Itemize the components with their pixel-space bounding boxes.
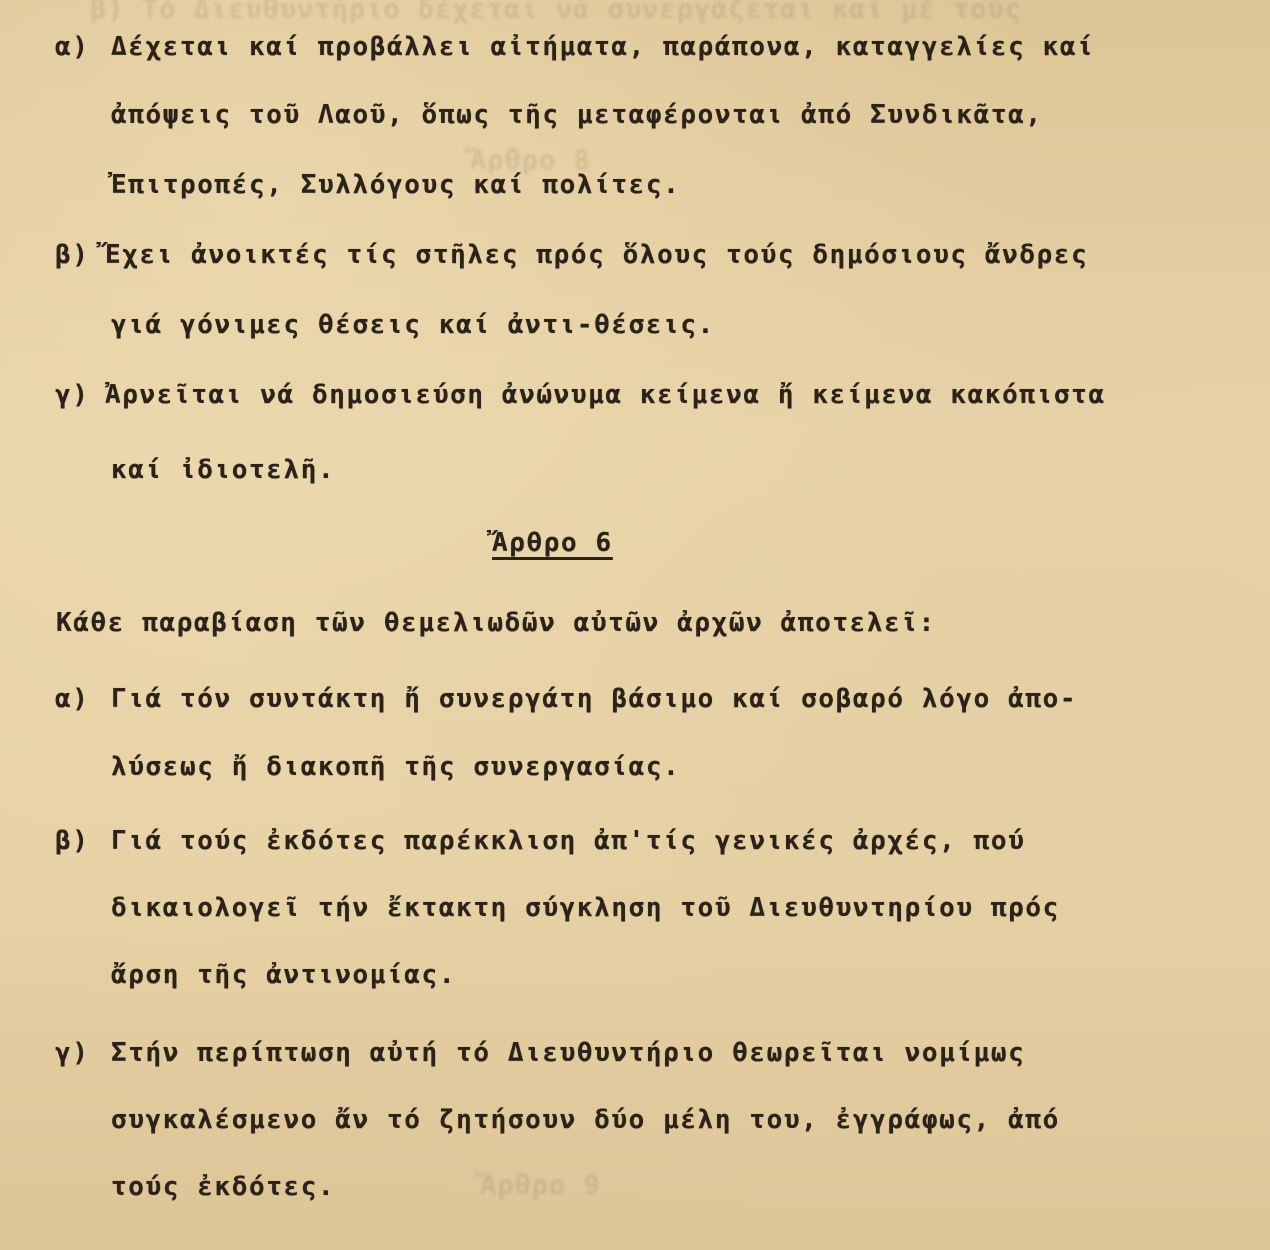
article-item-b-line-3: ἄρση τῆς ἀντινομίας. [111,960,456,990]
article-item-b-line-1: β)Γιά τούς ἐκδότες παρέκκλιση ἀπ'τίς γεν… [55,826,1025,856]
list-item-c-line-1: γ)Ἀρνεῖται νά δημοσιεύση ἀνώνυμα κείμενα… [55,380,1106,410]
item-text: Δέχεται καί προβάλλει αἰτήματα, παράπονα… [111,32,1094,62]
item-label: γ) [55,380,105,410]
document-page: β) Τό Διευθυντήριο δέχεται νά συνεργάζετ… [0,0,1270,1250]
article-item-c-line-1: γ)Στήν περίπτωση αὐτή τό Διευθυντήριο θε… [55,1038,1025,1068]
item-label: α) [55,684,111,714]
list-item-a-line-2: ἀπόψεις τοῦ Λαοῦ, ὅπως τῆς μεταφέρονται … [111,100,1043,130]
article-item-a-line-2: λύσεως ἤ διακοπῆ τῆς συνεργασίας. [111,752,680,782]
list-item-a-line-3: Ἐπιτροπές, Συλλόγους καί πολίτες. [111,170,680,200]
item-label: α) [55,32,111,62]
item-text: Ἀρνεῖται νά δημοσιεύση ἀνώνυμα κείμενα ἤ… [105,380,1106,410]
item-text: Ἔχει ἀνοικτές τίς στῆλες πρός ὅλους τούς… [105,240,1088,270]
item-text: Γιά τούς ἐκδότες παρέκκλιση ἀπ'τίς γενικ… [111,826,1025,856]
article-item-a-line-1: α)Γιά τόν συντάκτη ἤ συνεργάτη βάσιμο κα… [55,684,1077,714]
item-label: β) [55,826,111,856]
item-text: Γιά τόν συντάκτη ἤ συνεργάτη βάσιμο καί … [111,684,1077,714]
list-item-b-line-1: β)Ἔχει ἀνοικτές τίς στῆλες πρός ὅλους το… [55,240,1088,270]
article-intro: Κάθε παραβίαση τῶν θεμελιωδῶν αὐτῶν ἀρχῶ… [56,608,936,638]
article-item-c-line-2: συγκαλέσμενο ἄν τό ζητήσουν δύο μέλη του… [111,1105,1060,1135]
item-label: γ) [55,1038,111,1068]
list-item-c-line-2: καί ἰδιοτελῆ. [111,455,335,485]
bleed-through-text: β) Τό Διευθυντήριο δέχεται νά συνεργάζετ… [90,0,1022,25]
article-item-c-line-3: τούς ἐκδότες. [111,1172,335,1202]
item-text: Στήν περίπτωση αὐτή τό Διευθυντήριο θεωρ… [111,1038,1025,1068]
list-item-a-line-1: α)Δέχεται καί προβάλλει αἰτήματα, παράπο… [55,32,1094,62]
bleed-through-heading: Ἄρθρο 9 [480,1170,601,1201]
article-item-b-line-2: δικαιολογεῖ τήν ἔκτακτη σύγκληση τοῦ Διε… [111,893,1060,923]
article-heading: Ἄρθρο 6 [492,528,613,558]
list-item-b-line-2: γιά γόνιμες θέσεις καί ἀντι-θέσεις. [111,310,715,340]
item-label: β) [55,240,105,270]
